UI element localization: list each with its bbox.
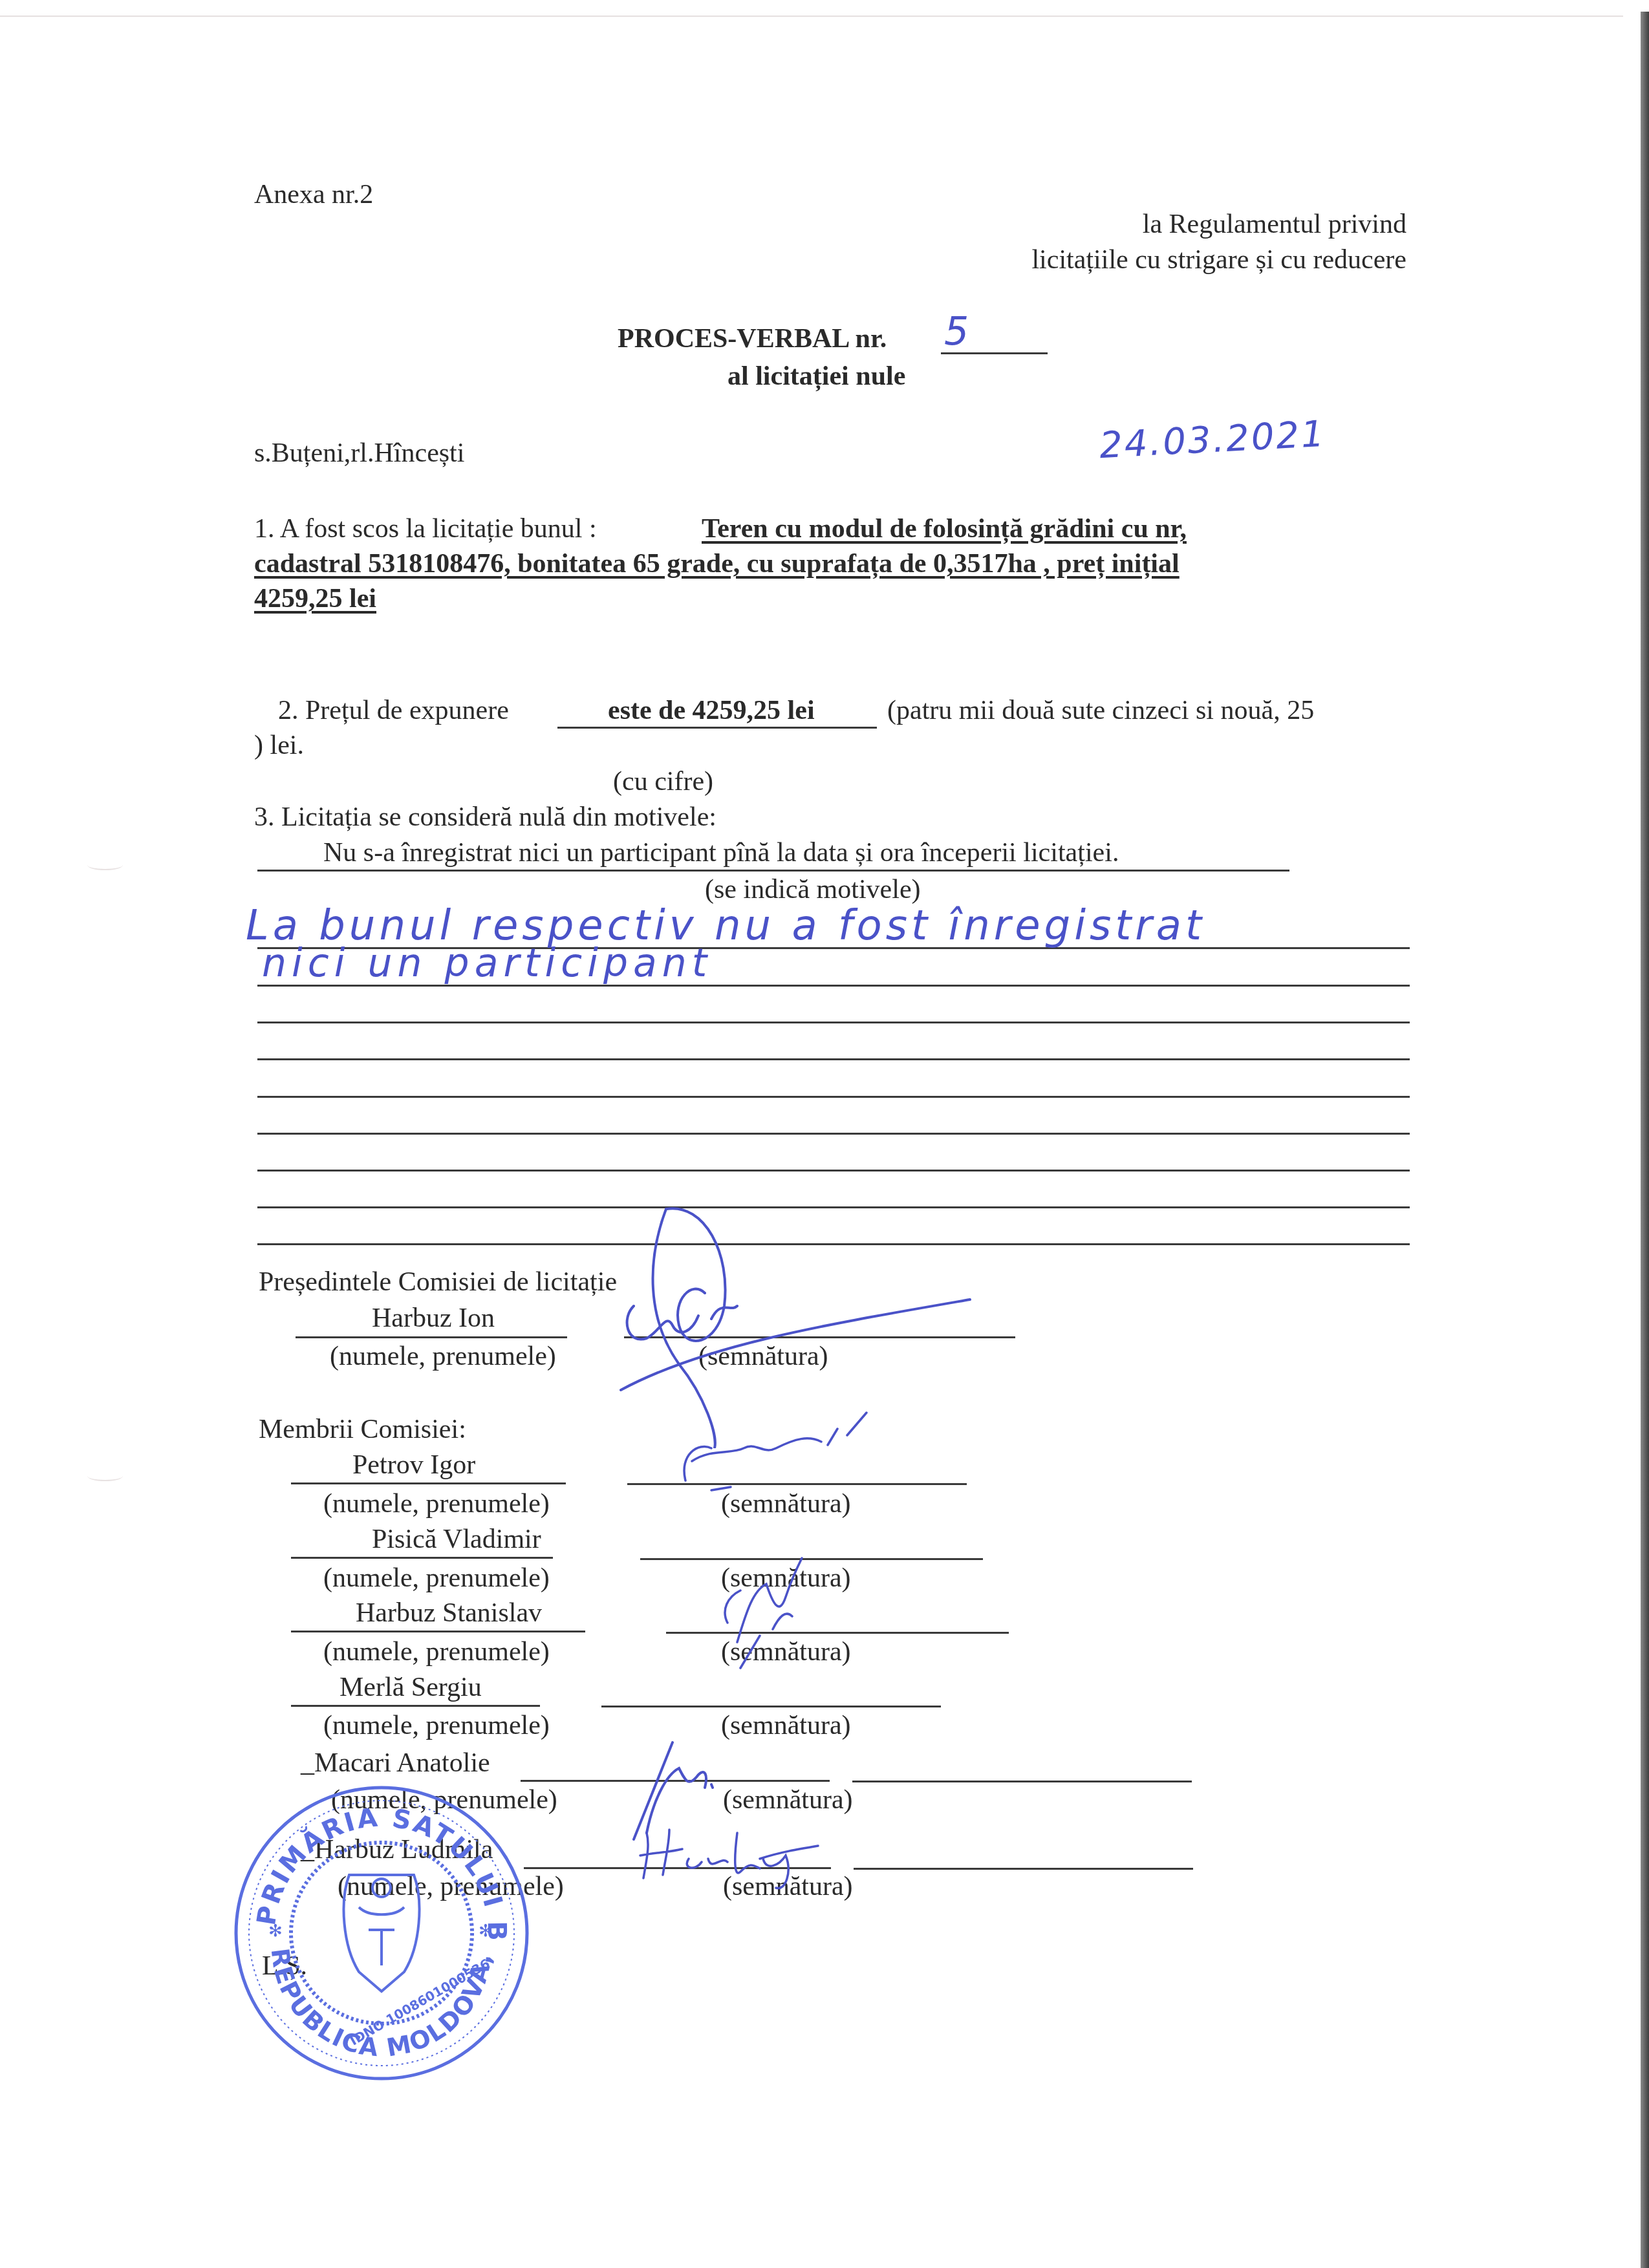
punch-hole-mark: [87, 1471, 123, 1481]
svg-text:✻: ✻: [268, 1921, 283, 1941]
reason-hint: (se indică motivele): [705, 876, 921, 903]
member-name-text: Macari Anatolie: [314, 1748, 490, 1778]
asset-description-line1: Teren cu modul de folosință grădini cu n…: [702, 515, 1187, 542]
price-in-words: (patru mii două sute cinzeci si nouă, 25: [887, 697, 1314, 724]
ruled-line: [257, 1133, 1410, 1135]
member-name: Harbuz Stanislav: [356, 1599, 542, 1627]
document-date: 24.03.2021: [1099, 413, 1328, 467]
president-title: Președintele Comisiei de licitație: [259, 1268, 617, 1296]
member-name-line: [291, 1482, 566, 1484]
svg-text:✻: ✻: [479, 1921, 493, 1941]
member-name: _Macari Anatolie: [301, 1749, 490, 1777]
document-title: PROCES-VERBAL nr.: [618, 325, 887, 352]
annex-label: Anexa nr.2: [254, 181, 373, 208]
asset-description-line2: cadastral 5318108476, bonitatea 65 grade…: [254, 550, 1180, 577]
name-hint: (numele, prenumele): [323, 1712, 550, 1739]
svg-text:PRIMĂRIA SATULUI BUȚENI: PRIMĂRIA SATULUI BUȚENI: [230, 1778, 512, 1943]
signature-hint: (semnătura): [721, 1712, 851, 1739]
president-name-line: [296, 1336, 567, 1338]
member-name-line: [291, 1631, 585, 1632]
nullity-reason: Nu s-a înregistrat nici un participant p…: [323, 839, 1119, 866]
member-name: Merlă Sergiu: [339, 1674, 482, 1701]
price-in-words-end: ) lei.: [254, 732, 304, 759]
price-hint: (cu cifre): [613, 768, 713, 795]
members-title: Membrii Comisiei:: [259, 1416, 466, 1443]
title-label: PROCES-VERBAL nr.: [618, 324, 887, 354]
member-signature-line: [601, 1706, 941, 1707]
ruled-line: [257, 1022, 1410, 1023]
price-underline: [557, 727, 877, 729]
member-name: Petrov Igor: [352, 1451, 475, 1479]
section1-label: 1. A fost scos la licitație bunul :: [254, 515, 597, 542]
name-hint: (numele, prenumele): [323, 1490, 550, 1517]
member-signature-icon: [673, 1409, 918, 1500]
name-hint: (numele, prenumele): [323, 1638, 550, 1665]
reason-underline: [257, 870, 1289, 872]
document-subtitle: al licitației nule: [727, 363, 905, 390]
member-signature-icon: [630, 1820, 824, 1891]
name-hint: (numele, prenumele): [323, 1565, 550, 1592]
exposure-price-value: este de 4259,25 lei: [608, 697, 815, 724]
section3-label: 3. Licitația se consideră nulă din motiv…: [254, 804, 717, 831]
place-label: s.Buțeni,rl.Hîncești: [254, 440, 464, 467]
section2-label: 2. Prețul de expunere: [278, 697, 509, 724]
member-name: Pisică Vladimir: [372, 1526, 541, 1553]
asset-description-line3: 4259,25 lei: [254, 585, 376, 612]
official-stamp-icon: PRIMĂRIA SATULUI BUȚENI REPUBLICA MOLDOV…: [230, 1778, 533, 2088]
member-signature-line: [852, 1781, 1192, 1782]
handwritten-reason-line2: nici un participant: [262, 941, 712, 986]
president-name: Harbuz Ion: [372, 1305, 495, 1332]
member-name-line: [291, 1557, 553, 1559]
scan-edge-top: [0, 16, 1623, 17]
regulation-reference-line1: la Regulamentul privind: [1143, 211, 1406, 238]
member-signature-line: [854, 1868, 1193, 1870]
member-name-line: [291, 1705, 540, 1707]
ruled-line: [257, 1170, 1410, 1171]
name-hint: (numele, prenumele): [330, 1343, 556, 1370]
ruled-line: [257, 1096, 1410, 1098]
scan-edge-right: [1641, 12, 1649, 2268]
member-signature-icon: [715, 1552, 818, 1674]
procedure-number: 5: [944, 309, 969, 354]
signature-hint: (semnătura): [723, 1786, 853, 1813]
regulation-reference-line2: licitațiile cu strigare și cu reducere: [1031, 246, 1406, 273]
punch-hole-mark: [87, 860, 123, 870]
ruled-line: [257, 1058, 1410, 1060]
